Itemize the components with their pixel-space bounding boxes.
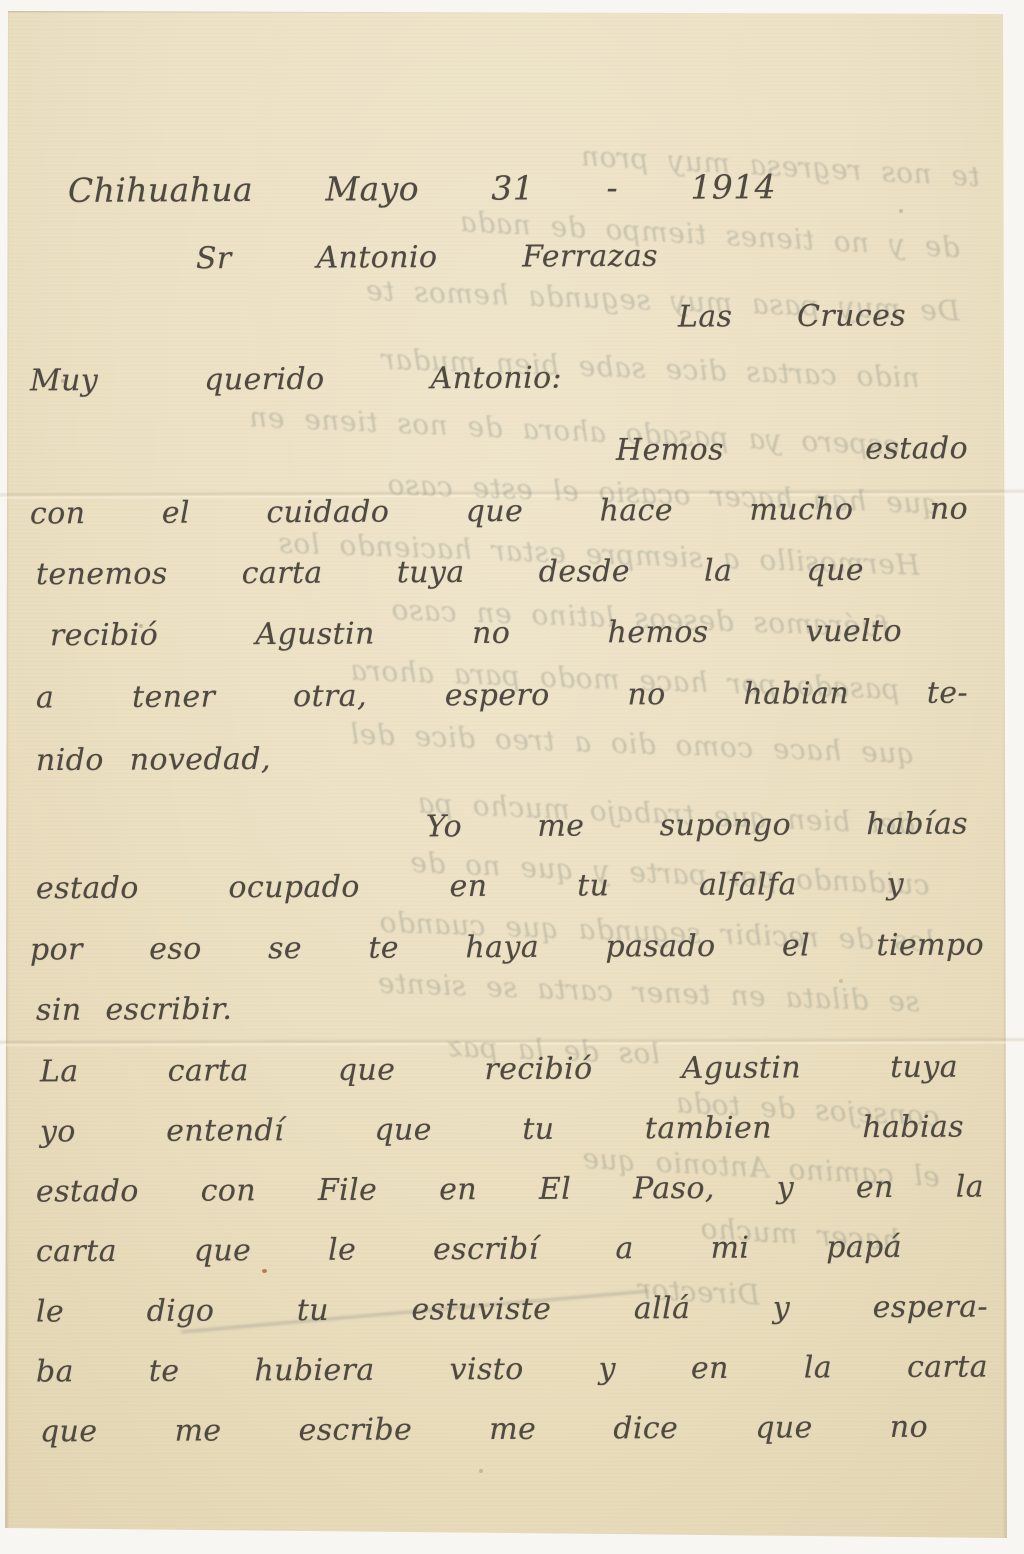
letter-paper-sheet (5, 9, 1007, 1543)
ink-speck (262, 1269, 267, 1273)
paper-fiber-specks (0, 0, 2, 2)
scanned-letter: te nos regresa muy pron de y no tienes t… (0, 0, 1024, 1554)
